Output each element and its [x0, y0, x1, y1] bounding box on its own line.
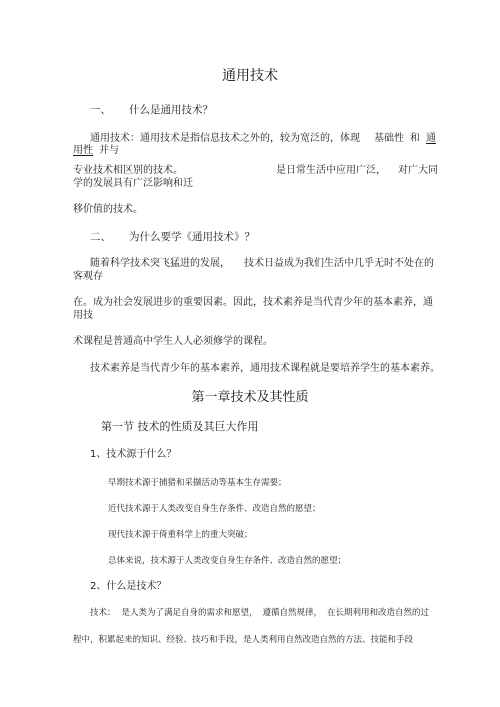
section-2-heading: 二、为什么要学《通用技术》？ — [90, 232, 255, 243]
section-2-title: 为什么要学《通用技术》？ — [129, 231, 255, 243]
keyword-general-part2: 用性 — [73, 145, 93, 156]
reason-line-3: 在。成为社会发展进步的重要因素。因此，技术素养是当代青少年的基本素养，通 — [73, 298, 433, 308]
reason-line-1: 随着科学技术突飞猛进的发展，技术日益成为我们生活中几乎无时不处在的 — [90, 259, 434, 269]
document-title: 通用技术 — [0, 69, 500, 83]
definition-line-4: 学的发展具有广泛影响和迁 — [73, 179, 193, 189]
technology-definition-line-2: 程中，积累起来的知识、经验、技巧和手段，是人类利用自然改造自然的方法、技能和手段 — [73, 636, 413, 645]
definition-line-5: 移价值的技术。 — [73, 205, 143, 215]
origin-item-1: 早期技术源于捕猎和采撷活动等基本生存需要； — [108, 479, 287, 488]
definition-line-1: 通用技术：通用技术是指信息技术之外的，较为宽泛的，体现基础性和通 — [90, 134, 436, 144]
section-1-title: 什么是通用技术？ — [129, 104, 213, 116]
literacy-statement: 技术素养是当代青少年的基本素养，通用技术课程就是要培养学生的基本素养。 — [90, 364, 440, 374]
question-1-heading: 1、技术源于什么？ — [90, 450, 176, 460]
reason-line-5: 术课程是普通高中学生人人必须修学的课程。 — [73, 337, 273, 347]
section-1-number: 一、 — [90, 104, 111, 116]
keyword-basic: 基础性 — [374, 133, 404, 144]
origin-item-3: 现代技术源于倚重科学上的重大突破； — [108, 531, 253, 540]
section-1-heading: 一、什么是通用技术？ — [90, 105, 213, 116]
section-title: 第一节 技术的性质及其巨大作用 — [101, 421, 259, 432]
document-page: 通用技术 一、什么是通用技术？ 通用技术：通用技术是指信息技术之外的，较为宽泛的… — [0, 0, 500, 707]
keyword-general-part1: 通 — [426, 133, 436, 144]
origin-item-2: 近代技术源于人类改变自身生存条件、改造自然的愿望； — [108, 505, 321, 514]
definition-line-3: 专业技术相区别的技术。是日常生活中应用广泛，对广大同 — [73, 166, 438, 176]
chapter-title: 第一章技术及其性质 — [0, 391, 500, 404]
origin-item-4: 总体来说，技术源于人类改变自身生存条件、改造自然的愿望； — [108, 557, 346, 566]
definition-line-2: 用性并与 — [73, 146, 119, 156]
reason-line-4: 用技 — [73, 311, 93, 321]
section-2-number: 二、 — [90, 231, 111, 243]
question-2-heading: 2、什么是技术？ — [90, 582, 166, 592]
reason-line-2: 客观存 — [73, 272, 103, 282]
technology-definition-line-1: 技术：是人类为了满足自身的需求和愿望，遵循自然规律，在长期利用和改造自然的过 — [90, 609, 429, 618]
